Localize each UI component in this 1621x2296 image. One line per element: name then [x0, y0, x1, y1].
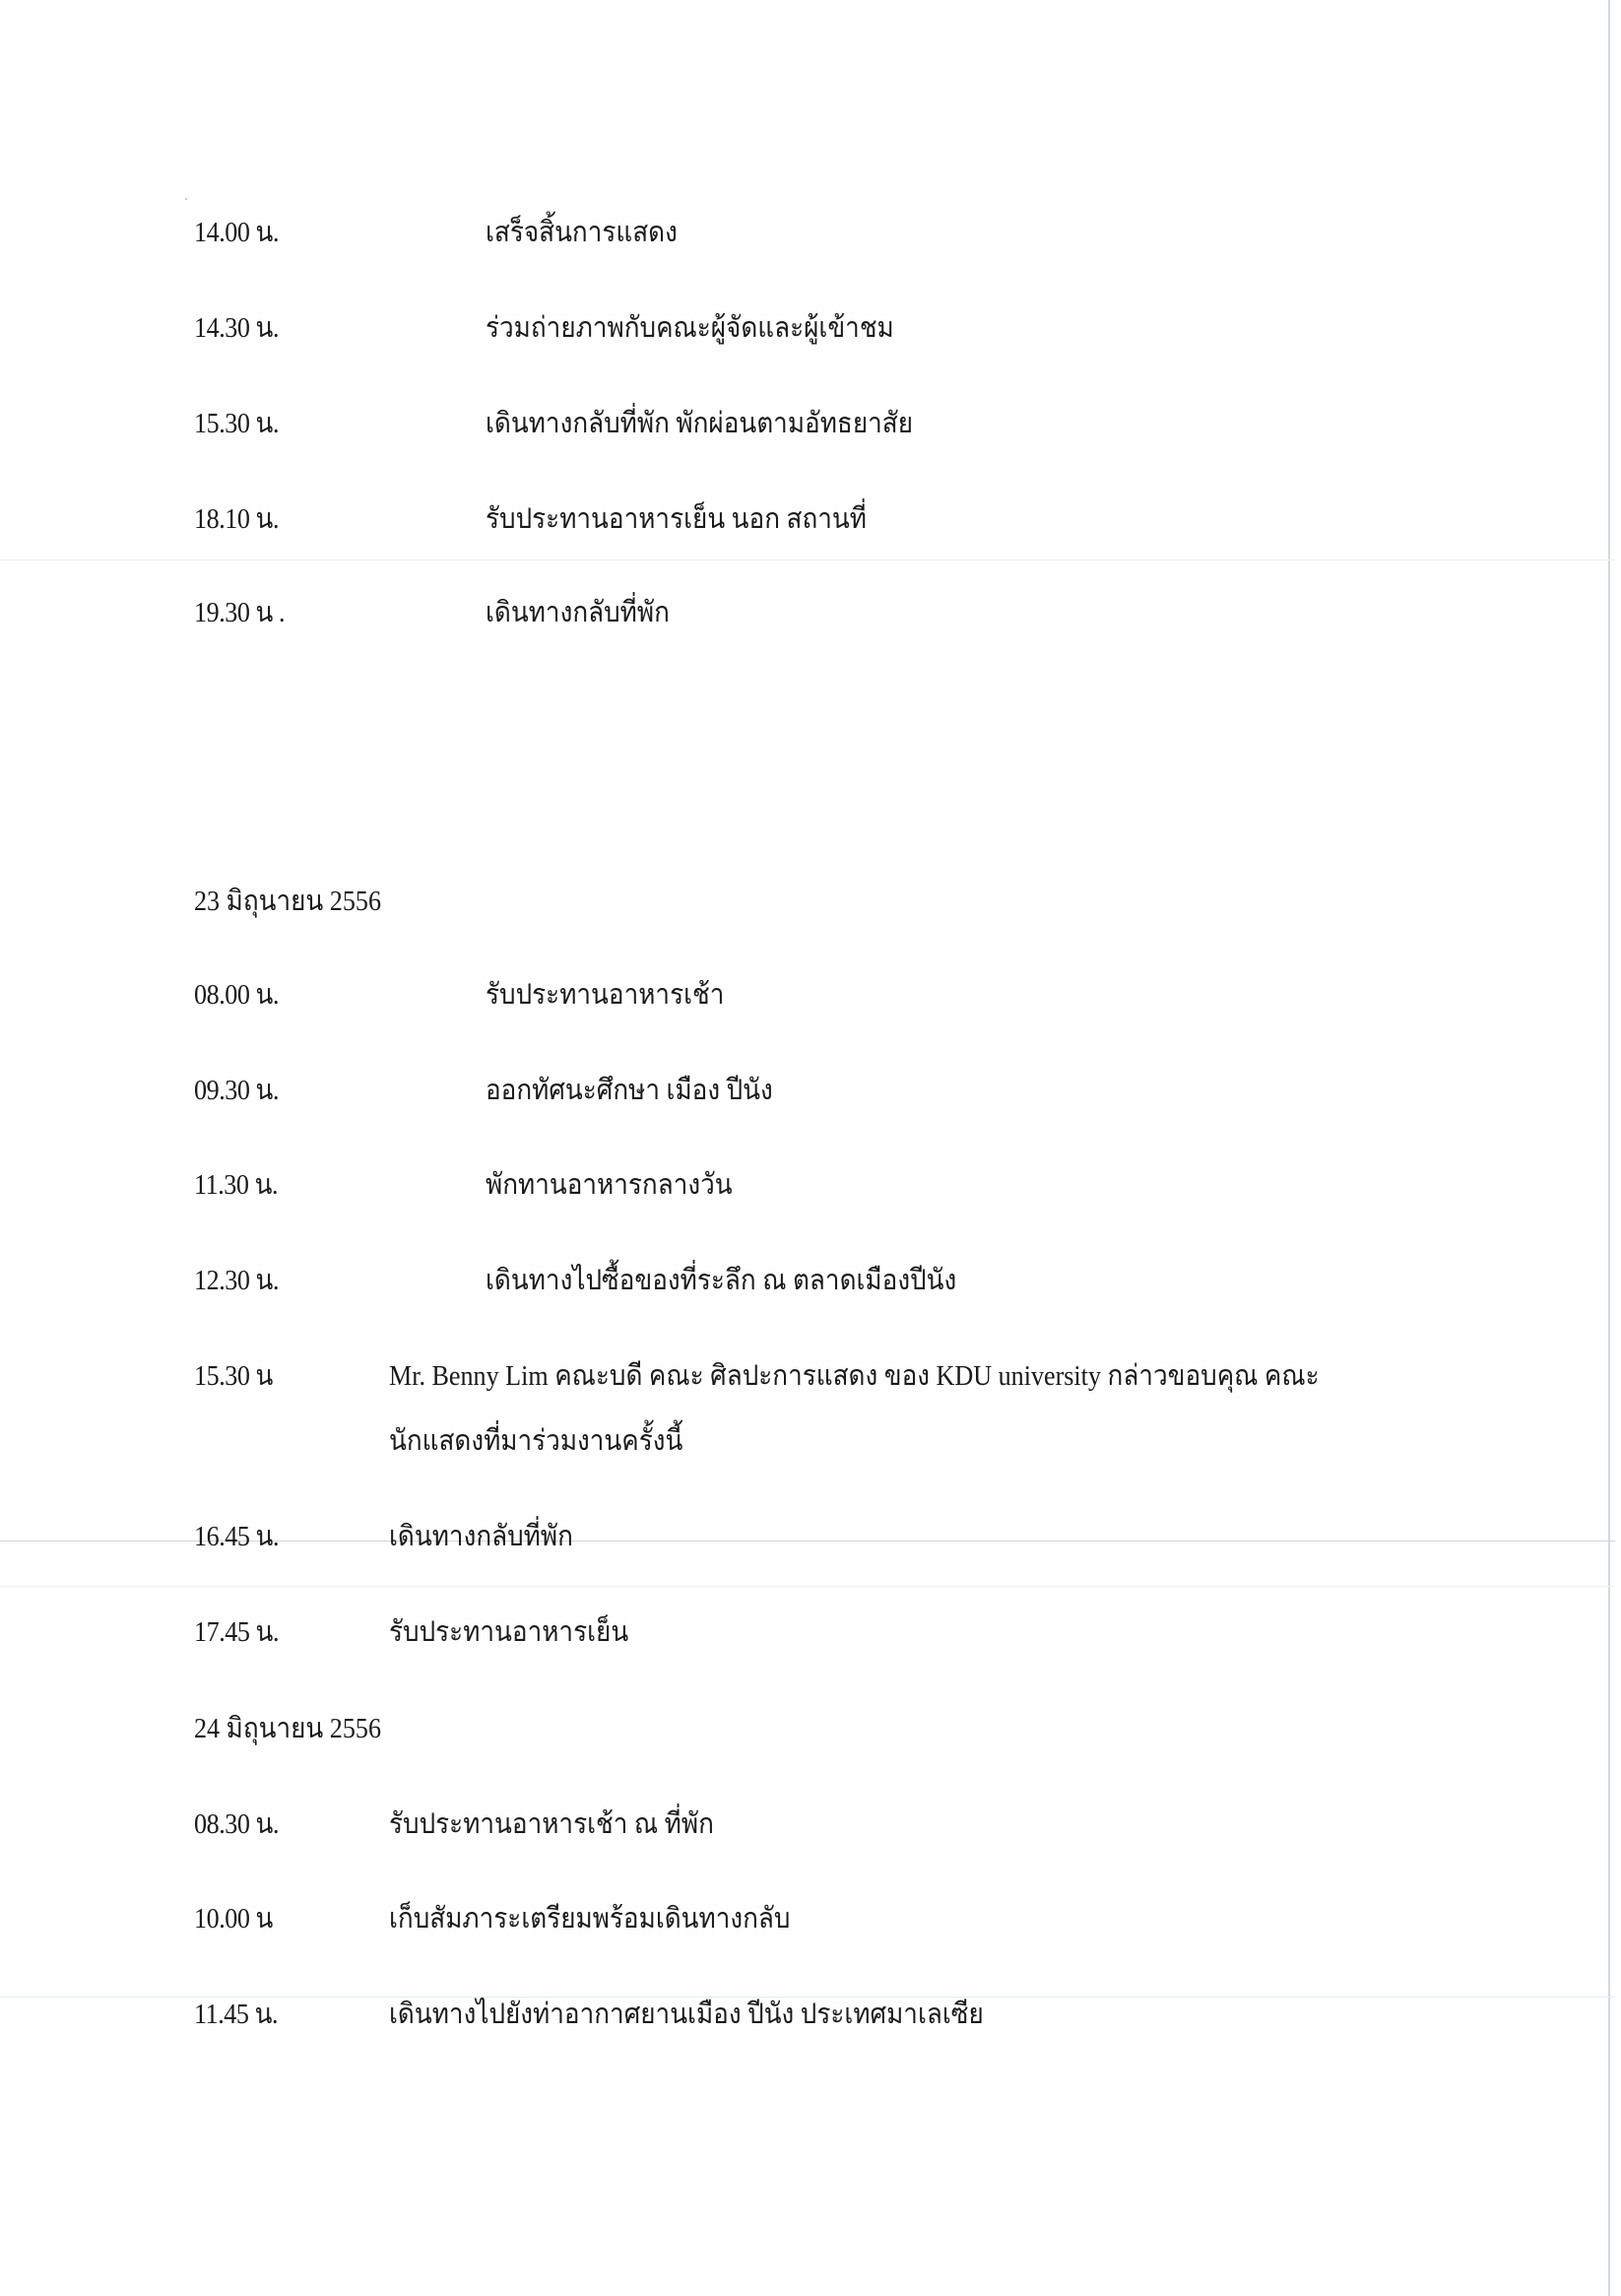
- schedule-time: 17.45 น.: [194, 1612, 279, 1652]
- schedule-row: 15.30 น Mr. Benny Lim คณะบดี คณะ ศิลปะกา…: [0, 1356, 1621, 1465]
- schedule-time: 11.30 น.: [194, 1165, 278, 1205]
- schedule-time: 14.30 น.: [194, 308, 279, 348]
- schedule-description: เดินทางกลับที่พัก: [486, 593, 670, 632]
- schedule-description: รับประทานอาหารเย็น: [389, 1612, 628, 1652]
- scan-artifact-line: [0, 559, 1615, 560]
- schedule-description: รับประทานอาหารเช้า: [486, 975, 724, 1015]
- schedule-description: ร่วมถ่ายภาพกับคณะผู้จัดและผู้เข้าชม: [486, 308, 894, 348]
- schedule-description: เดินทางไปยังท่าอากาศยานเมือง ปีนัง ประเท…: [389, 1995, 984, 2034]
- date-heading: 23 มิถุนายน 2556: [194, 882, 381, 921]
- schedule-description: รับประทานอาหารเช้า ณ ที่พัก: [389, 1804, 714, 1844]
- schedule-time: 14.00 น.: [194, 213, 279, 252]
- schedule-time: 12.30 น.: [194, 1261, 279, 1300]
- schedule-description: เก็บสัมภาระเตรียมพร้อมเดินทางกลับ: [389, 1899, 791, 1938]
- schedule-description: เดินทางไปซื้อของที่ระลึก ณ ตลาดเมืองปีนั…: [486, 1261, 956, 1300]
- scan-artifact-line: [0, 1586, 1615, 1587]
- schedule-time: 08.00 น.: [194, 975, 279, 1015]
- schedule-time: 18.10 น.: [194, 499, 279, 539]
- schedule-time: 15.30 น.: [194, 404, 279, 443]
- schedule-time: 15.30 น: [194, 1356, 273, 1396]
- schedule-time: 08.30 น.: [194, 1804, 279, 1844]
- schedule-time: 19.30 น .: [194, 593, 285, 632]
- page-edge-line: [1608, 0, 1610, 2296]
- schedule-description: รับประทานอาหารเย็น นอก สถานที่: [486, 499, 867, 539]
- schedule-description: พักทานอาหารกลางวัน: [486, 1165, 733, 1205]
- schedule-time: 16.45 น.: [194, 1517, 279, 1556]
- schedule-description: Mr. Benny Lim คณะบดี คณะ ศิลปะการแสดง ขอ…: [389, 1356, 1320, 1396]
- scanned-page: 14.00 น. เสร็จสิ้นการแสดง 14.30 น. ร่วมถ…: [0, 0, 1621, 2296]
- schedule-time: 11.45 น.: [194, 1995, 278, 2034]
- scan-speck: [185, 198, 187, 200]
- schedule-description: เสร็จสิ้นการแสดง: [486, 213, 678, 252]
- schedule-description: เดินทางกลับที่พัก พักผ่อนตามอัทธยาสัย: [486, 404, 913, 443]
- date-heading: 24 มิถุนายน 2556: [194, 1709, 381, 1748]
- schedule-time: 09.30 น.: [194, 1071, 279, 1110]
- schedule-time: 10.00 น: [194, 1899, 273, 1938]
- schedule-description: ออกทัศนะศึกษา เมือง ปีนัง: [486, 1071, 773, 1110]
- schedule-description-continued: นักแสดงที่มาร่วมงานครั้งนี้: [389, 1421, 682, 1461]
- schedule-description: เดินทางกลับที่พัก: [389, 1517, 573, 1556]
